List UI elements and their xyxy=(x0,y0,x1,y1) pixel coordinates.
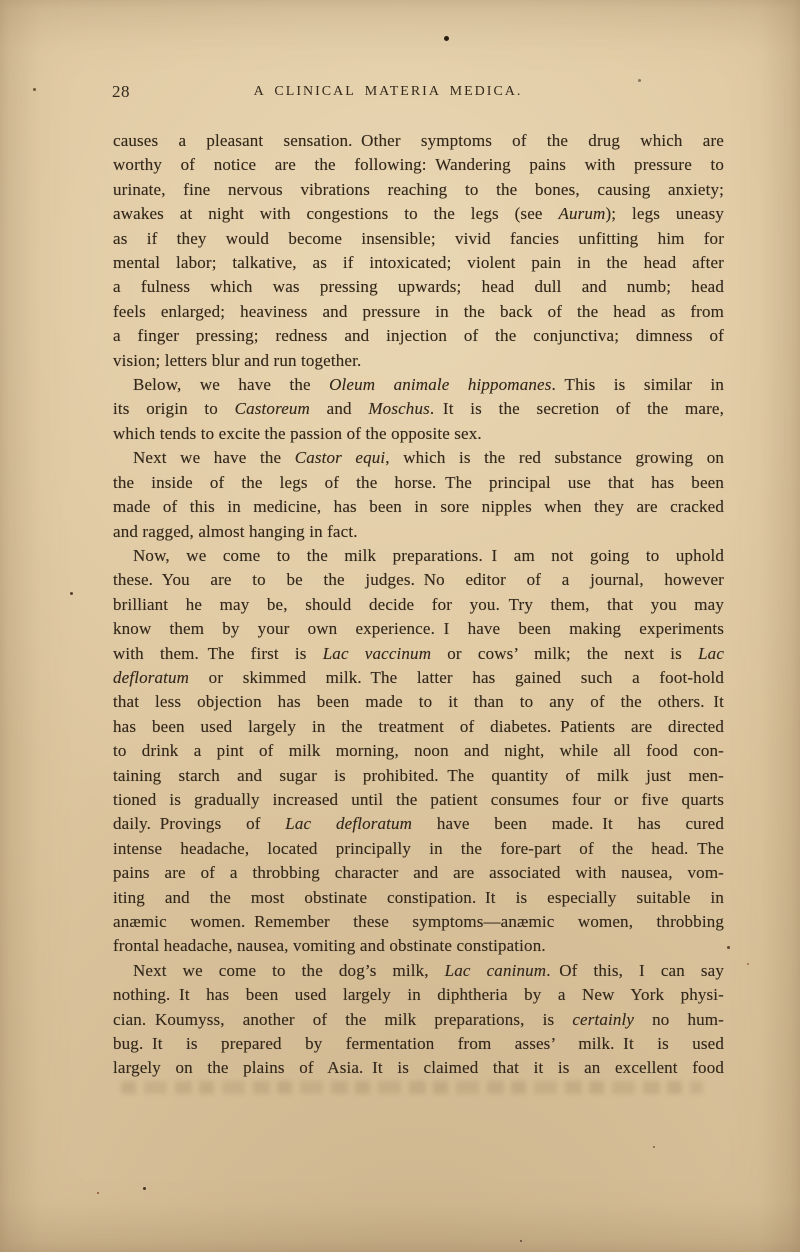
ink-speck xyxy=(70,592,73,595)
text-line: urinate, fine nervous vibrations reachin… xyxy=(113,178,724,202)
text-run: or cows’ milk; the next is xyxy=(431,644,698,663)
text-run: and xyxy=(310,399,368,418)
text-run: vision; letters blur and run together. xyxy=(113,351,361,370)
text-run: nothing. It has been used largely in dip… xyxy=(113,985,724,1004)
text-line: these. You are to be the judges. No edit… xyxy=(113,568,724,592)
ink-speck xyxy=(143,1187,146,1190)
text-run: know them by your own experience. I have… xyxy=(113,619,724,638)
text-line: that less objection has been made to it … xyxy=(113,690,724,714)
text-line: made of this in medicine, has been in so… xyxy=(113,495,724,519)
text-line: mental labor; talkative, as if intoxicat… xyxy=(113,251,724,275)
text-line: know them by your own experience. I have… xyxy=(113,617,724,641)
text-run: bug. It is prepared by fermentation from… xyxy=(113,1034,724,1053)
text-line: with them. The first is Lac vaccinum or … xyxy=(113,642,724,666)
text-run: urinate, fine nervous vibrations reachin… xyxy=(113,180,724,199)
text-run: a fulness which was pressing upwards; he… xyxy=(113,277,724,296)
text-line: its origin to Castoreum and Moschus. It … xyxy=(113,397,724,421)
text-run: the inside of the legs of the horse. The… xyxy=(113,473,724,492)
text-line: causes a pleasant sensation. Other sympt… xyxy=(113,129,724,153)
text-run: a finger pressing; redness and injection… xyxy=(113,326,724,345)
page-text: causes a pleasant sensation. Other sympt… xyxy=(113,129,724,1081)
text-run: have been made. It has cured xyxy=(412,814,724,833)
text-line: has been used largely in the treatment o… xyxy=(113,715,724,739)
text-line: anæmic women. Remember these symptoms—an… xyxy=(113,910,724,934)
italic-term: certainly xyxy=(572,1010,634,1029)
text-line: the inside of the legs of the horse. The… xyxy=(113,471,724,495)
italic-term: Castor equi xyxy=(295,448,386,467)
text-run: . This is similar in xyxy=(551,375,724,394)
text-run: pains are of a throbbing character and a… xyxy=(113,863,724,882)
text-run: cian. Koumyss, another of the milk prepa… xyxy=(113,1010,572,1029)
text-run: Now, we come to the milk preparations. I… xyxy=(133,546,724,565)
italic-term: Lac xyxy=(698,644,724,663)
text-line: brilliant he may be, should decide for y… xyxy=(113,593,724,617)
text-line: frontal headache, nausea, vomiting and o… xyxy=(113,934,724,958)
italic-term: Lac defloratum xyxy=(285,814,412,833)
text-run: has been used largely in the treatment o… xyxy=(113,717,724,736)
text-run: taining starch and sugar is prohibited. … xyxy=(113,766,724,785)
text-run: and ragged, almost hanging in fact. xyxy=(113,522,358,541)
ink-speck xyxy=(444,36,449,41)
text-run: , which is the red substance growing on xyxy=(385,448,724,467)
text-run: Below, we have the xyxy=(133,375,329,394)
text-run: feels enlarged; heaviness and pressure i… xyxy=(113,302,724,321)
text-line: worthy of notice are the following: Wand… xyxy=(113,153,724,177)
text-line: defloratum or skimmed milk. The latter h… xyxy=(113,666,724,690)
text-line: Below, we have the Oleum animale hippoma… xyxy=(113,373,724,397)
italic-term: Oleum animale hippomanes xyxy=(329,375,551,394)
italic-term: Lac vaccinum xyxy=(323,644,431,663)
text-line: largely on the plains of Asia. It is cla… xyxy=(113,1056,724,1080)
text-line: pains are of a throbbing character and a… xyxy=(113,861,724,885)
text-line: taining starch and sugar is prohibited. … xyxy=(113,764,724,788)
text-run: no hum- xyxy=(634,1010,724,1029)
italic-term: defloratum xyxy=(113,668,189,687)
text-run: . It is the secretion of the mare, xyxy=(430,399,724,418)
text-line: as if they would become insensible; vivi… xyxy=(113,227,724,251)
text-line: a fulness which was pressing upwards; he… xyxy=(113,275,724,299)
ink-speck xyxy=(97,1192,99,1194)
text-run: brilliant he may be, should decide for y… xyxy=(113,595,724,614)
text-run: these. You are to be the judges. No edit… xyxy=(113,570,724,589)
text-run: as if they would become insensible; vivi… xyxy=(113,229,724,248)
text-run: iting and the most obstinate constipatio… xyxy=(113,888,724,907)
book-page: 28 A CLINICAL MATERIA MEDICA. causes a p… xyxy=(0,0,800,1252)
text-run: that less objection has been made to it … xyxy=(113,692,724,711)
italic-term: Aurum xyxy=(558,204,605,223)
ink-speck xyxy=(727,946,730,949)
text-line: vision; letters blur and run together. xyxy=(113,349,724,373)
text-run: tioned is gradually increased until the … xyxy=(113,790,724,809)
text-run: or skimmed milk. The latter has gained s… xyxy=(189,668,724,687)
verso-show-through xyxy=(121,1081,703,1094)
text-line: Now, we come to the milk preparations. I… xyxy=(113,544,724,568)
ink-speck xyxy=(638,79,641,82)
italic-term: Lac caninum xyxy=(445,961,547,980)
text-run: frontal headache, nausea, vomiting and o… xyxy=(113,936,546,955)
text-run: made of this in medicine, has been in so… xyxy=(113,497,724,516)
text-run: with them. The first is xyxy=(113,644,323,663)
text-line: nothing. It has been used largely in dip… xyxy=(113,983,724,1007)
text-line: iting and the most obstinate constipatio… xyxy=(113,886,724,910)
text-run: causes a pleasant sensation. Other sympt… xyxy=(113,131,724,150)
text-line: Next we have the Castor equi, which is t… xyxy=(113,446,724,470)
ink-speck xyxy=(520,1240,522,1242)
text-line: bug. It is prepared by fermentation from… xyxy=(113,1032,724,1056)
text-run: to drink a pint of milk morning, noon an… xyxy=(113,741,724,760)
text-line: Next we come to the dog’s milk, Lac cani… xyxy=(113,959,724,983)
text-line: to drink a pint of milk morning, noon an… xyxy=(113,739,724,763)
text-line: awakes at night with congestions to the … xyxy=(113,202,724,226)
running-title: A CLINICAL MATERIA MEDICA. xyxy=(0,84,788,100)
text-line: cian. Koumyss, another of the milk prepa… xyxy=(113,1008,724,1032)
text-line: intense headache, located principally in… xyxy=(113,837,724,861)
text-run: which tends to excite the passion of the… xyxy=(113,424,482,443)
text-line: which tends to excite the passion of the… xyxy=(113,422,724,446)
ink-speck xyxy=(33,88,36,91)
text-line: a finger pressing; redness and injection… xyxy=(113,324,724,348)
text-run: Next we have the xyxy=(133,448,295,467)
text-run: its origin to xyxy=(113,399,235,418)
text-line: tioned is gradually increased until the … xyxy=(113,788,724,812)
text-run: largely on the plains of Asia. It is cla… xyxy=(113,1058,724,1077)
ink-speck xyxy=(653,1146,655,1148)
text-line: and ragged, almost hanging in fact. xyxy=(113,520,724,544)
text-run: worthy of notice are the following: Wand… xyxy=(113,155,724,174)
text-run: anæmic women. Remember these symptoms—an… xyxy=(113,912,724,931)
italic-term: Castoreum xyxy=(235,399,310,418)
text-run: daily. Provings of xyxy=(113,814,285,833)
text-run: . Of this, I can say xyxy=(546,961,724,980)
ink-speck xyxy=(747,963,749,965)
text-run: Next we come to the dog’s milk, xyxy=(133,961,445,980)
text-run: awakes at night with congestions to the … xyxy=(113,204,558,223)
text-run: ); legs uneasy xyxy=(605,204,724,223)
text-line: daily. Provings of Lac defloratum have b… xyxy=(113,812,724,836)
text-line: feels enlarged; heaviness and pressure i… xyxy=(113,300,724,324)
text-run: mental labor; talkative, as if intoxicat… xyxy=(113,253,724,272)
italic-term: Moschus xyxy=(368,399,430,418)
text-run: intense headache, located principally in… xyxy=(113,839,724,858)
